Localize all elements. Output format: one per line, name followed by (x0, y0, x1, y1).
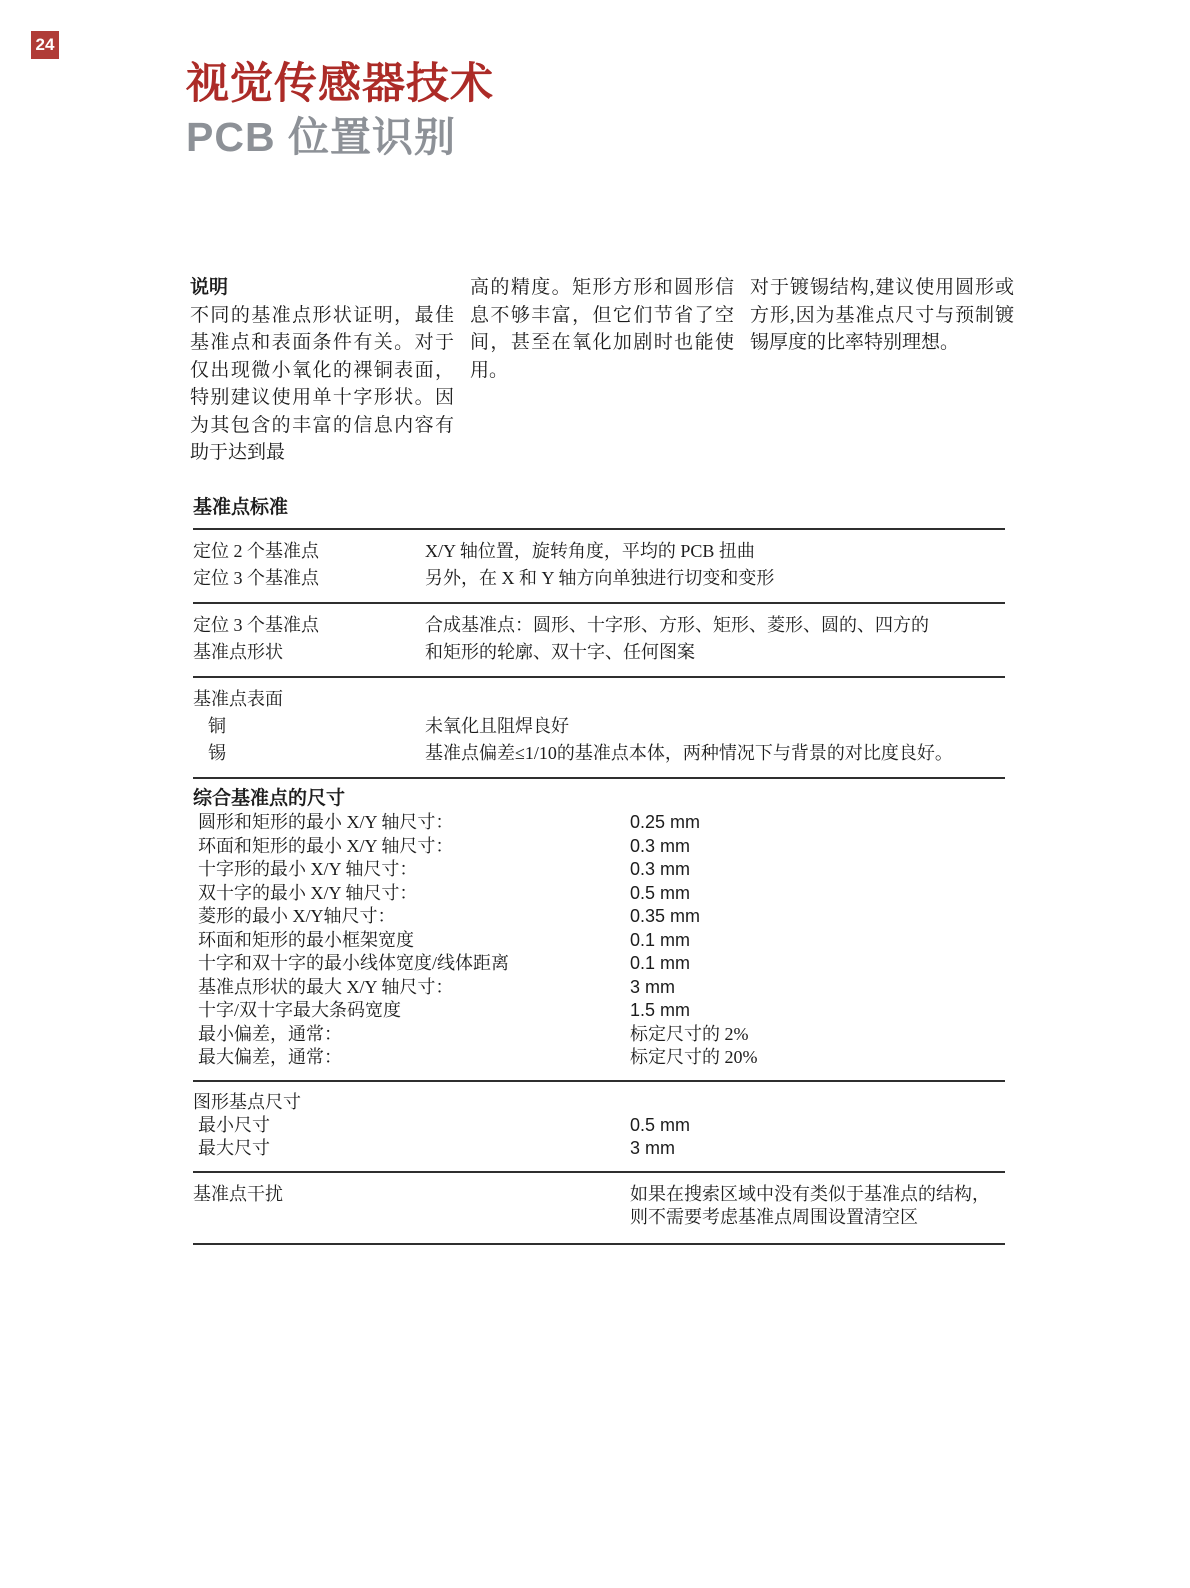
row-value: 另外，在 X 和 Y 轴方向单独进行切变和变形 (425, 565, 1005, 592)
row-label: 最小尺寸 (193, 1114, 630, 1138)
table-row: 定位 3 个基准点 合成基准点：圆形、十字形、方形、矩形、菱形、圆的、四方的 (193, 612, 1005, 639)
page-title: 视觉传感器技术 (186, 50, 494, 111)
row-value-line-2: 则不需要考虑基准点周围设置清空区 (630, 1206, 1005, 1230)
intro-column-1: 说明 不同的基准点形状证明，最佳基准点和表面条件有关。对于仅出现微小氧化的裸铜表… (190, 274, 454, 467)
row-label: 定位 3 个基准点 (193, 565, 425, 592)
row-label: 锡 (193, 740, 425, 767)
table-row: 定位 2 个基准点 X/Y 轴位置，旋转角度，平均的 PCB 扭曲 (193, 538, 1005, 565)
table-title: 基准点标准 (193, 492, 1005, 530)
section-heading: 图形基点尺寸 (193, 1090, 1005, 1114)
intro-column-3: 对于镀锡结构,建议使用圆形或方形,因为基准点尺寸与预制镀锡厚度的比率特别理想。 (750, 274, 1014, 467)
row-label: 基准点形状 (193, 639, 425, 666)
row-value: 0.1 mm (630, 929, 1005, 953)
row-label: 环面和矩形的最小 X/Y 轴尺寸： (193, 835, 630, 859)
row-label: 定位 3 个基准点 (193, 612, 425, 639)
intro-paragraph-2: 高的精度。矩形方形和圆形信息不够丰富，但它们节省了空间，甚至在氧化加剧时也能使用… (470, 277, 734, 381)
table-row: 最大尺寸 3 mm (193, 1137, 1005, 1161)
row-label: 十字形的最小 X/Y 轴尺寸： (193, 858, 630, 882)
row-label: 环面和矩形的最小框架宽度 (193, 929, 630, 953)
page-subtitle: PCB 位置识别 (186, 104, 456, 163)
table-row: 菱形的最小 X/Y轴尺寸： 0.35 mm (193, 905, 1005, 929)
page-number-badge: 24 (31, 31, 59, 59)
intro-column-2: 高的精度。矩形方形和圆形信息不够丰富，但它们节省了空间，甚至在氧化加剧时也能使用… (470, 274, 734, 467)
table-row: 十字/双十字最大条码宽度 1.5 mm (193, 999, 1005, 1023)
row-value: 0.35 mm (630, 905, 1005, 929)
table-row: 基准点形状 和矩形的轮廓、双十字、任何图案 (193, 639, 1005, 666)
row-value: 标定尺寸的 20% (630, 1046, 1005, 1070)
row-value: 0.5 mm (630, 1114, 1005, 1138)
row-label: 最小偏差，通常： (193, 1023, 630, 1047)
row-label: 基准点形状的最大 X/Y 轴尺寸： (193, 976, 630, 1000)
row-label: 圆形和矩形的最小 X/Y 轴尺寸： (193, 811, 630, 835)
row-value: 0.1 mm (630, 952, 1005, 976)
intro-text-block: 说明 不同的基准点形状证明，最佳基准点和表面条件有关。对于仅出现微小氧化的裸铜表… (190, 274, 1014, 467)
row-value: 0.25 mm (630, 811, 1005, 835)
row-label: 菱形的最小 X/Y轴尺寸： (193, 905, 630, 929)
fiducial-spec-table: 基准点标准 定位 2 个基准点 X/Y 轴位置，旋转角度，平均的 PCB 扭曲 … (193, 492, 1005, 1245)
section-heading: 基准点表面 (193, 686, 1005, 713)
intro-heading: 说明 (190, 274, 454, 302)
row-value: 标定尺寸的 2% (630, 1023, 1005, 1047)
table-row: 基准点干扰 如果在搜索区域中没有类似于基准点的结构， 则不需要考虑基准点周围设置… (193, 1183, 1005, 1230)
row-value: 0.3 mm (630, 835, 1005, 859)
row-label: 最大尺寸 (193, 1137, 630, 1161)
row-value-line-1: 如果在搜索区域中没有类似于基准点的结构， (630, 1183, 1005, 1207)
row-label: 基准点干扰 (193, 1183, 630, 1207)
section-surface: 基准点表面 铜 未氧化且阻焊良好 锡 基准点偏差≤1/10的基准点本体，两种情况… (193, 678, 1005, 779)
section-heading: 综合基准点的尺寸 (193, 787, 1005, 811)
table-row: 基准点形状的最大 X/Y 轴尺寸： 3 mm (193, 976, 1005, 1000)
section-pattern-size: 图形基点尺寸 最小尺寸 0.5 mm 最大尺寸 3 mm (193, 1082, 1005, 1173)
intro-paragraph-1: 不同的基准点形状证明，最佳基准点和表面条件有关。对于仅出现微小氧化的裸铜表面，特… (190, 305, 454, 464)
row-value: 基准点偏差≤1/10的基准点本体，两种情况下与背景的对比度良好。 (425, 740, 1005, 767)
row-label: 双十字的最小 X/Y 轴尺寸： (193, 882, 630, 906)
section-shapes: 定位 3 个基准点 合成基准点：圆形、十字形、方形、矩形、菱形、圆的、四方的 基… (193, 604, 1005, 678)
row-value: 0.3 mm (630, 858, 1005, 882)
table-row: 定位 3 个基准点 另外，在 X 和 Y 轴方向单独进行切变和变形 (193, 565, 1005, 592)
row-label: 十字和双十字的最小线体宽度/线体距离 (193, 952, 630, 976)
section-dimensions: 综合基准点的尺寸 圆形和矩形的最小 X/Y 轴尺寸： 0.25 mm 环面和矩形… (193, 779, 1005, 1082)
table-row: 十字形的最小 X/Y 轴尺寸： 0.3 mm (193, 858, 1005, 882)
table-row: 环面和矩形的最小框架宽度 0.1 mm (193, 929, 1005, 953)
row-value: 3 mm (630, 1137, 1005, 1161)
section-interference: 基准点干扰 如果在搜索区域中没有类似于基准点的结构， 则不需要考虑基准点周围设置… (193, 1173, 1005, 1245)
row-value: 未氧化且阻焊良好 (425, 713, 1005, 740)
row-value: X/Y 轴位置，旋转角度，平均的 PCB 扭曲 (425, 538, 1005, 565)
row-label: 定位 2 个基准点 (193, 538, 425, 565)
table-row: 最大偏差，通常： 标定尺寸的 20% (193, 1046, 1005, 1070)
intro-paragraph-3: 对于镀锡结构,建议使用圆形或方形,因为基准点尺寸与预制镀锡厚度的比率特别理想。 (750, 277, 1014, 353)
section-locating: 定位 2 个基准点 X/Y 轴位置，旋转角度，平均的 PCB 扭曲 定位 3 个… (193, 530, 1005, 604)
table-row: 圆形和矩形的最小 X/Y 轴尺寸： 0.25 mm (193, 811, 1005, 835)
row-value: 如果在搜索区域中没有类似于基准点的结构， 则不需要考虑基准点周围设置清空区 (630, 1183, 1005, 1230)
row-label: 十字/双十字最大条码宽度 (193, 999, 630, 1023)
table-row: 最小尺寸 0.5 mm (193, 1114, 1005, 1138)
row-value: 和矩形的轮廓、双十字、任何图案 (425, 639, 1005, 666)
table-row: 铜 未氧化且阻焊良好 (193, 713, 1005, 740)
table-row: 十字和双十字的最小线体宽度/线体距离 0.1 mm (193, 952, 1005, 976)
table-row: 锡 基准点偏差≤1/10的基准点本体，两种情况下与背景的对比度良好。 (193, 740, 1005, 767)
row-value: 3 mm (630, 976, 1005, 1000)
row-value: 合成基准点：圆形、十字形、方形、矩形、菱形、圆的、四方的 (425, 612, 1005, 639)
row-label: 铜 (193, 713, 425, 740)
table-row: 环面和矩形的最小 X/Y 轴尺寸： 0.3 mm (193, 835, 1005, 859)
row-label: 最大偏差，通常： (193, 1046, 630, 1070)
row-value: 0.5 mm (630, 882, 1005, 906)
table-row: 最小偏差，通常： 标定尺寸的 2% (193, 1023, 1005, 1047)
table-row: 双十字的最小 X/Y 轴尺寸： 0.5 mm (193, 882, 1005, 906)
row-value: 1.5 mm (630, 999, 1005, 1023)
